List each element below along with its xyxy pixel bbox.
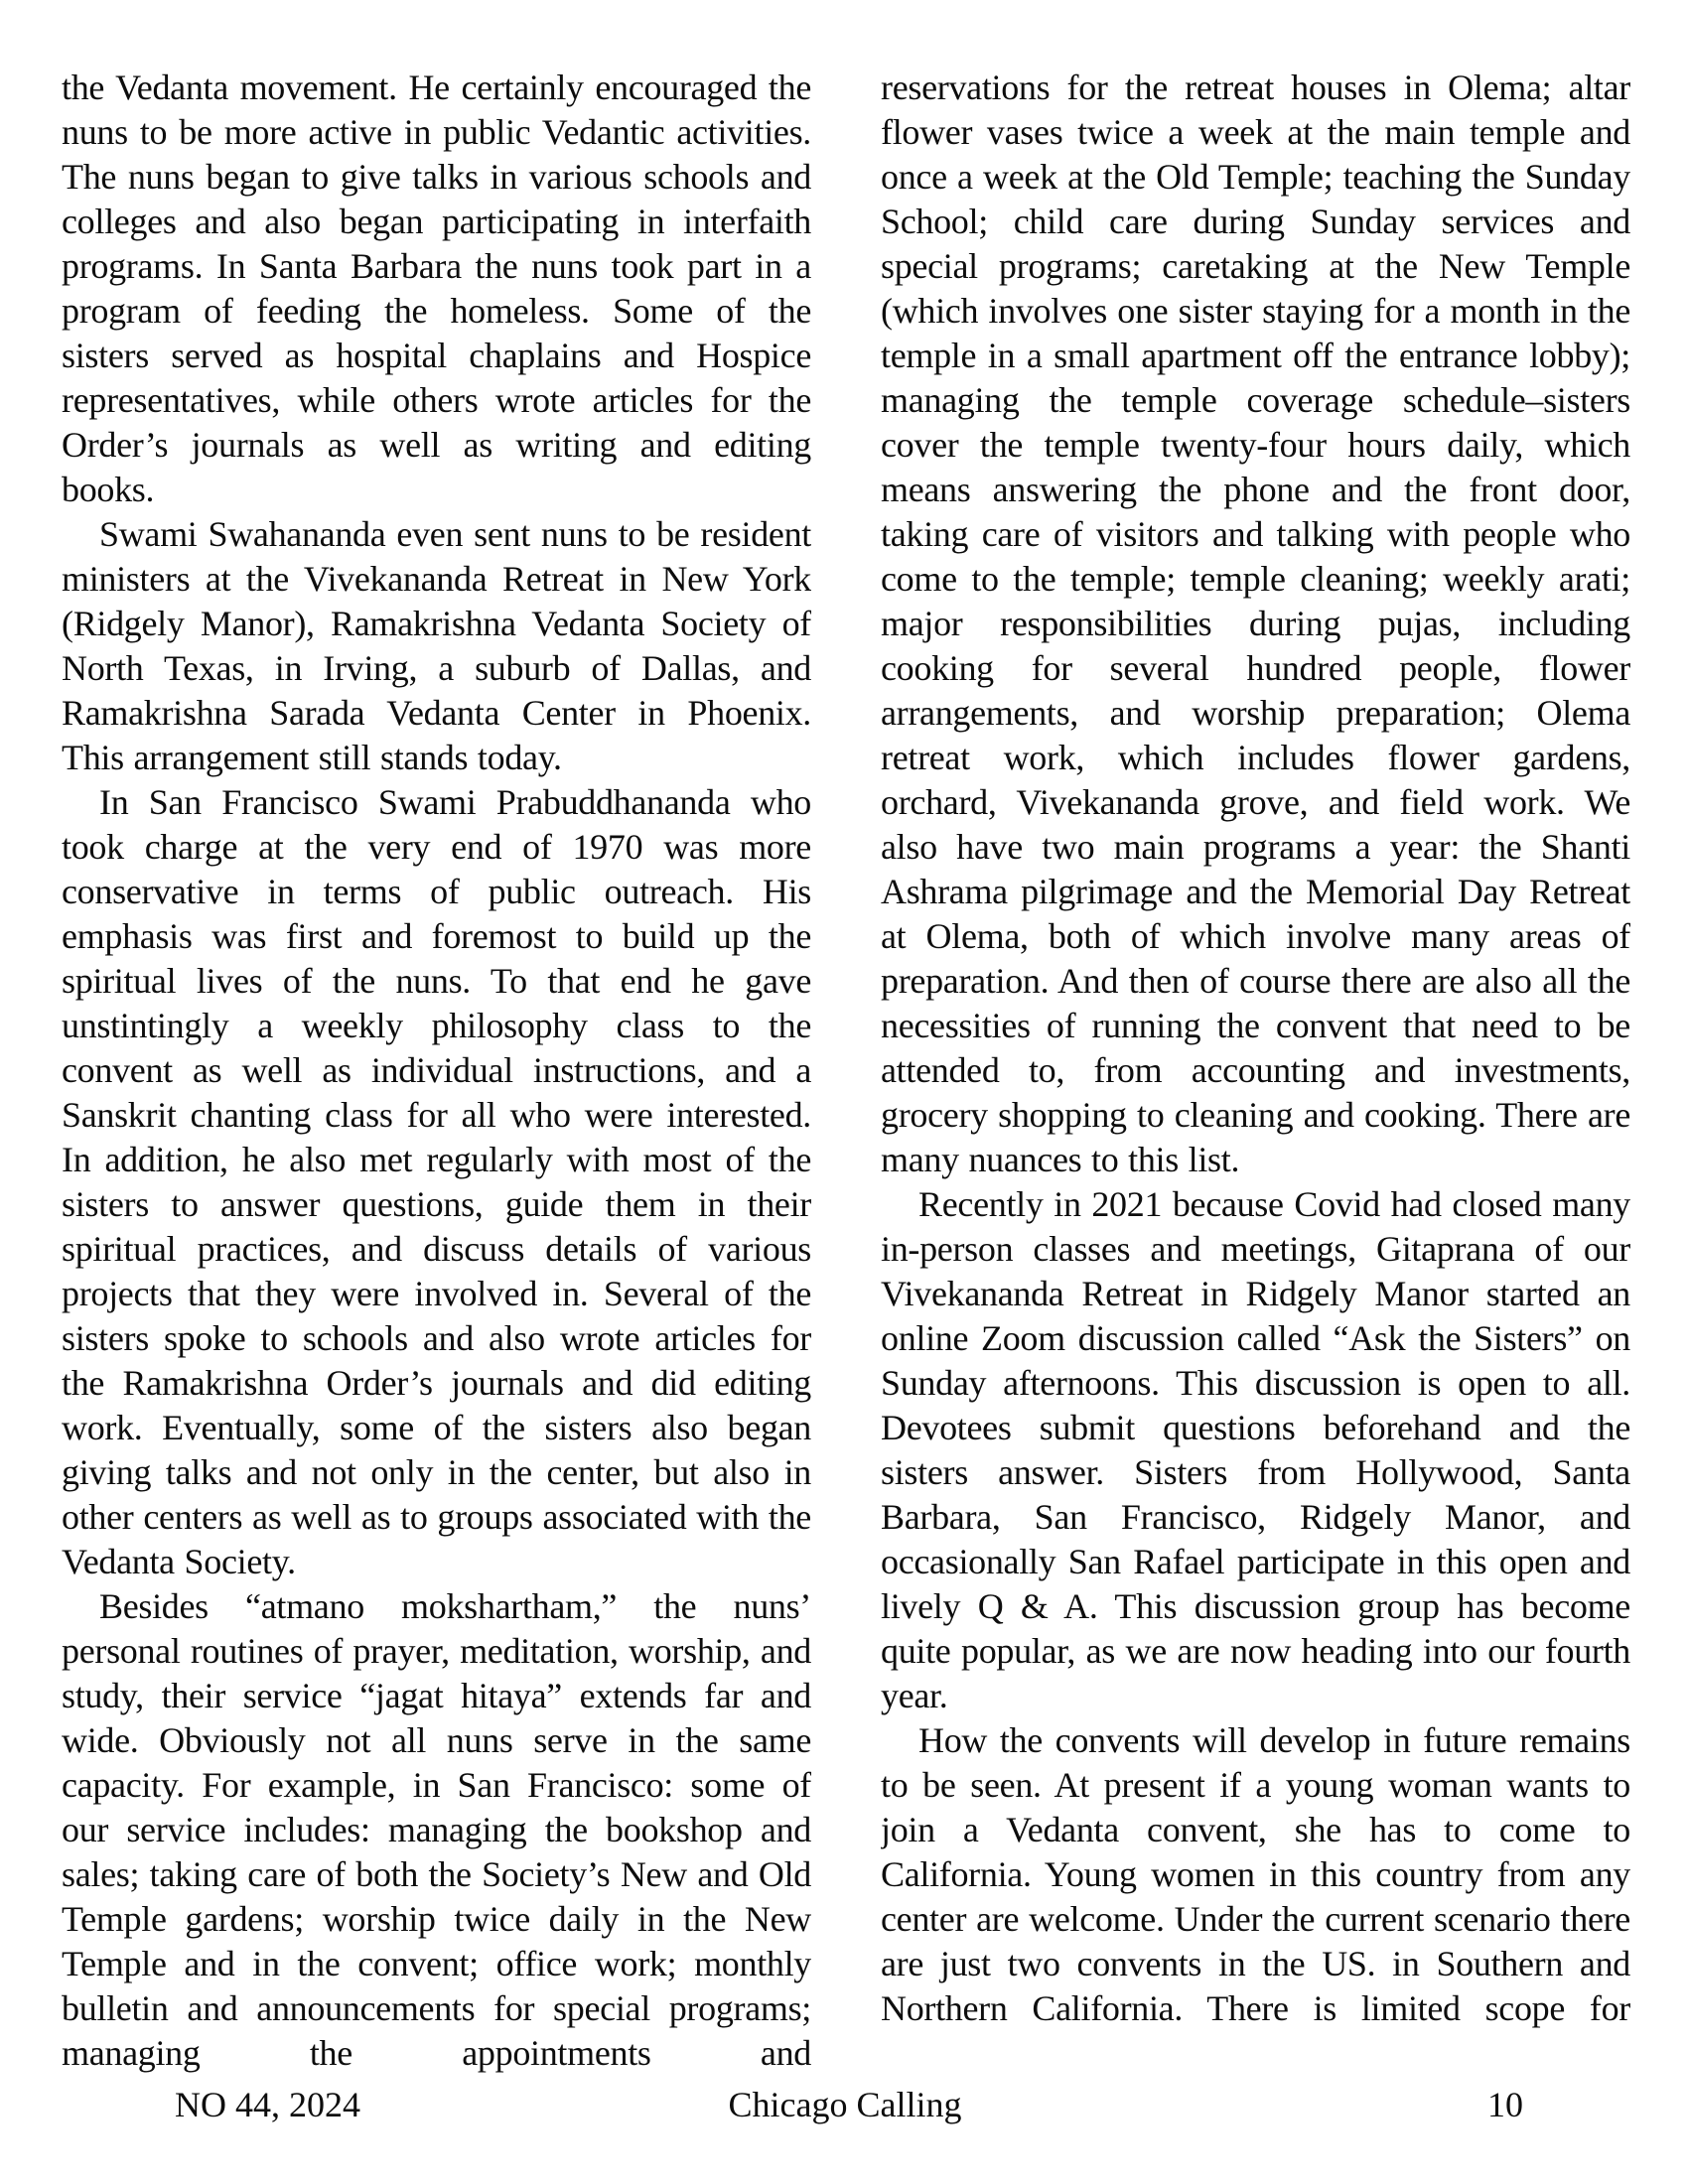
text-columns: the Vedanta movement. He certainly encou… <box>62 66 1630 2083</box>
right-column: reservations for the retreat houses in O… <box>881 66 1630 2083</box>
page-footer: NO 44, 2024 Chicago Calling 10 <box>62 2083 1628 2142</box>
body-paragraph: How the convents will develop in future … <box>881 1718 1630 2031</box>
body-paragraph: Besides “atmano mokshartham,” the nuns’ … <box>62 1584 811 2076</box>
body-paragraph: In San Francisco Swami Prabuddhananda wh… <box>62 780 811 1584</box>
body-paragraph: reservations for the retreat houses in O… <box>881 66 1630 1182</box>
body-paragraph: Swami Swahananda even sent nuns to be re… <box>62 512 811 780</box>
footer-journal-title: Chicago Calling <box>729 2083 962 2127</box>
footer-page-number: 10 <box>1487 2083 1523 2127</box>
body-paragraph: Recently in 2021 because Covid had close… <box>881 1182 1630 1718</box>
body-paragraph: the Vedanta movement. He certainly encou… <box>62 66 811 512</box>
left-column: the Vedanta movement. He certainly encou… <box>62 66 811 2083</box>
document-page: the Vedanta movement. He certainly encou… <box>0 0 1688 2184</box>
footer-issue-label: NO 44, 2024 <box>175 2083 360 2127</box>
